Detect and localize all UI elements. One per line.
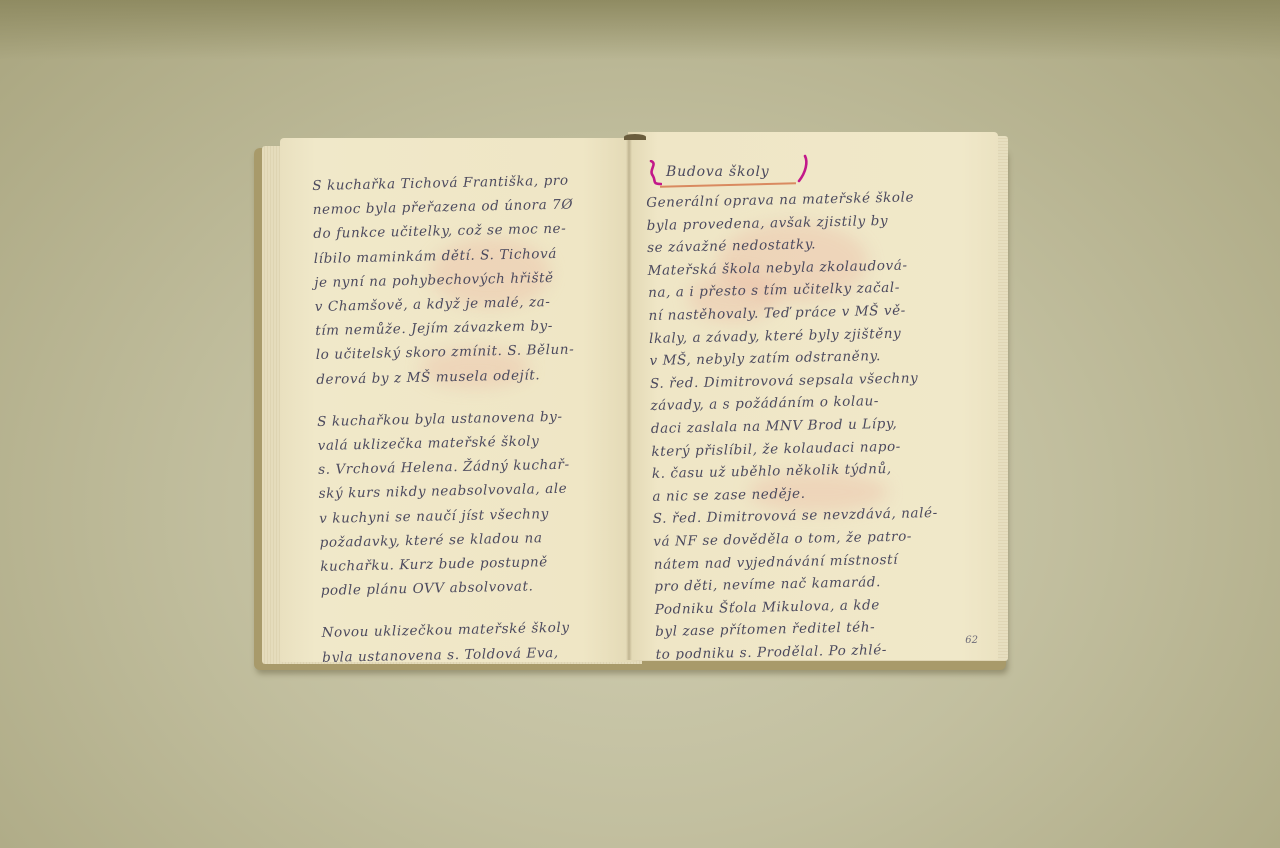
heading-underline bbox=[660, 182, 796, 188]
paragraph: Generální oprava na mateřské škole byla … bbox=[646, 185, 988, 660]
page-number: 62 bbox=[965, 635, 978, 646]
right-page-text: Generální oprava na mateřské škole byla … bbox=[646, 185, 988, 660]
paragraph: Novou uklizečkou mateřské školy byla ust… bbox=[321, 615, 632, 662]
open-notebook: S kuchařka Tichová Františka, pro nemoc … bbox=[254, 130, 1014, 675]
right-page: Budova školy Generální oprava na mateřsk… bbox=[628, 132, 998, 660]
book-gutter bbox=[626, 134, 632, 660]
left-page-text: S kuchařka Tichová Františka, pro nemoc … bbox=[312, 168, 632, 662]
paragraph: S kuchařka Tichová Františka, pro nemoc … bbox=[312, 168, 624, 392]
background-shadow bbox=[0, 0, 1280, 60]
pink-bracket-icon bbox=[646, 160, 662, 186]
left-page: S kuchařka Tichová Františka, pro nemoc … bbox=[280, 138, 636, 662]
heading-text: Budova školy bbox=[666, 164, 770, 180]
spine-top bbox=[624, 134, 646, 140]
text-line: podle plánu OVV absolvovat. bbox=[320, 573, 628, 604]
paragraph: S kuchařkou byla ustanovena by- valá ukl… bbox=[317, 403, 629, 603]
section-heading: Budova školy bbox=[646, 162, 976, 188]
pink-bracket-icon bbox=[796, 154, 810, 184]
